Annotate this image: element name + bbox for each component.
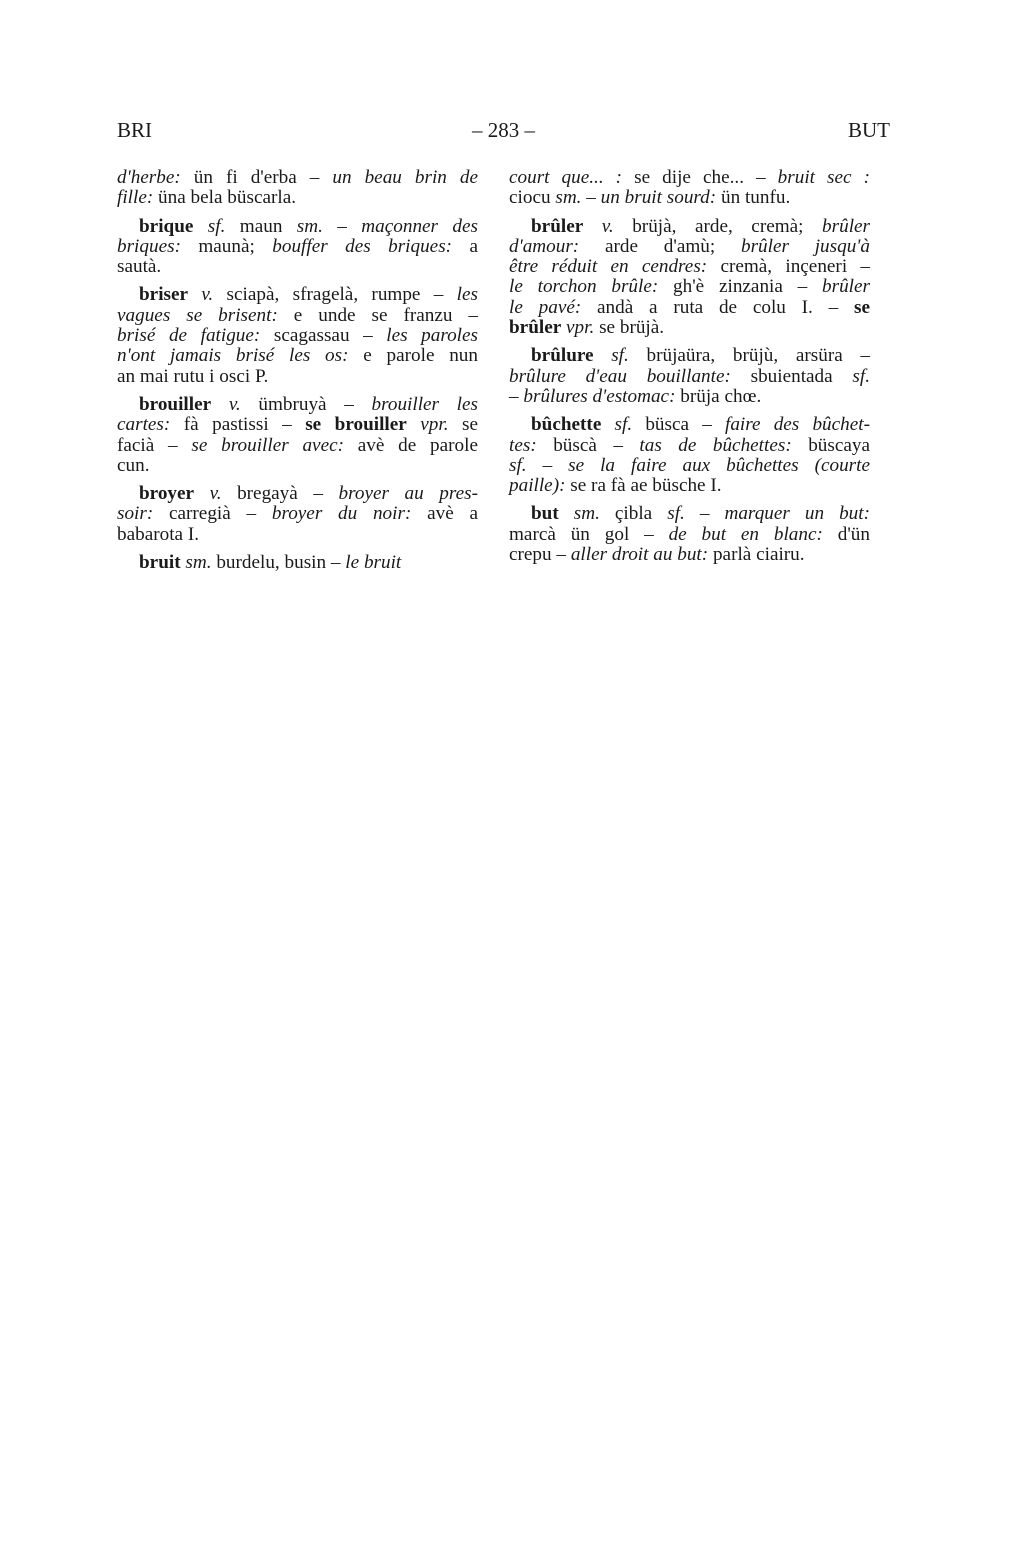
headword: brûler [509,317,561,338]
french-phrase: se brouiller avec: [191,435,344,456]
headword: se [854,297,870,318]
french-phrase: sf. [667,503,685,524]
translation-text: – [685,503,725,524]
french-phrase: un beau brin de [332,167,478,188]
french-phrase: bouffer des briques: [272,236,452,257]
french-phrase: sf. [509,455,527,476]
french-phrase: bruit sec : [778,167,870,188]
entry-briser: briser v. sciapà, sfragelà, rumpe – lesv… [117,285,478,386]
entry-line: brique sf. maun sm. – maçonner des [117,217,478,237]
entry-continuation: court que... : se dije che... – bruit se… [509,168,870,209]
french-phrase: briques: [117,236,181,257]
french-phrase: de but en blanc: [669,524,823,545]
entry-line: d'herbe: ün fi d'erba – un beau brin de [117,168,478,188]
french-phrase: brûler [822,216,870,237]
translation-text: marcà ün gol – [509,524,669,545]
right-guide-word: BUT [848,118,890,143]
entry-line: bruit sm. burdelu, busin – le bruit [117,553,478,573]
french-phrase: sf. [611,345,629,366]
headword: broyer [139,483,194,504]
french-phrase: les paroles [386,325,478,346]
entry-line: le torchon brûle: gh'è zinzania – brûler [509,277,870,297]
translation-text: avè de parole [344,435,478,456]
translation-text: fà pastissi – [170,414,305,435]
french-phrase: brûler [822,276,870,297]
translation-text: parlà ciairu. [708,544,804,565]
entry-line: broyer v. bregayà – broyer au pres- [117,484,478,504]
french-phrase: brisé de fatigue: [117,325,260,346]
translation-text [193,216,207,237]
entry-line: être réduit en cendres: cremà, inçeneri … [509,257,870,277]
french-phrase: être réduit en cendres: [509,256,707,277]
entry-line: brûlure sf. brüjaüra, brüjù, arsüra – [509,346,870,366]
translation-text [583,216,602,237]
headword: bûchette [531,414,601,435]
entry-line: brûlure d'eau bouillante: sbuientada sf. [509,367,870,387]
translation-text [594,345,612,366]
entry-line: briser v. sciapà, sfragelà, rumpe – les [117,285,478,305]
french-phrase: court que... : [509,167,622,188]
french-phrase: sm. [555,187,581,208]
translation-text: burdelu, busin – [212,552,346,573]
entry-broyer: broyer v. bregayà – broyer au pres-soir:… [117,484,478,545]
translation-text: üna bela büscarla. [153,187,296,208]
french-phrase: les [457,284,478,305]
entry-brler: brûler v. brüjà, arde, cremà; brûlerd'am… [509,217,870,339]
headword: but [531,503,559,524]
french-phrase: sf. [852,366,870,387]
entry-line: brouiller v. ümbruyà – brouiller les [117,395,478,415]
translation-text: büscaya [792,435,870,456]
french-phrase: brûlure d'eau bouillante: [509,366,731,387]
translation-text: an mai rutu i osci P. [117,366,268,387]
headword: briser [139,284,188,305]
french-phrase: le torchon brûle: [509,276,658,297]
translation-text: e unde se franzu – [278,305,478,326]
translation-text: cun. [117,455,150,476]
french-phrase: aller droit au but: [571,544,708,565]
entry-line: but sm. çibla sf. – marquer un but: [509,504,870,524]
entry-bruit: bruit sm. burdelu, busin – le bruit [117,553,478,573]
french-phrase: vpr. [566,317,594,338]
translation-text [601,414,614,435]
entry-line: soir: carregià – broyer du noir: avè a [117,504,478,524]
french-phrase: marquer un but: [724,503,870,524]
translation-text [211,394,229,415]
french-phrase: vpr. [420,414,448,435]
page-number: – 283 – [117,118,890,143]
entry-but: but sm. çibla sf. – marquer un but:marcà… [509,504,870,565]
translation-text: maunà; [181,236,272,257]
french-phrase: tes: [509,435,537,456]
french-phrase: v. [210,483,222,504]
entry-line: crepu – aller droit au but: parlà ciairu… [509,545,870,565]
french-phrase: v. [229,394,241,415]
right-column: court que... : se dije che... – bruit se… [509,168,870,573]
translation-text: büsca – [632,414,725,435]
entry-line: sf. – se la faire aux bûchettes (courte [509,456,870,476]
entry-line: court que... : se dije che... – bruit se… [509,168,870,188]
translation-text: facià – [117,435,191,456]
french-phrase: d'amour: [509,236,579,257]
entry-line: marcà ün gol – de but en blanc: d'ün [509,525,870,545]
french-phrase: brouiller les [372,394,479,415]
french-phrase: le pavé: [509,297,581,318]
french-phrase: tas de bûchettes: [639,435,791,456]
translation-text: brüjaüra, brüjù, arsüra – [629,345,870,366]
french-phrase: v. [201,284,213,305]
entry-line: briques: maunà; bouffer des briques: a [117,237,478,257]
translation-text: – [509,386,523,407]
french-phrase: broyer du noir: [272,503,412,524]
french-phrase: vagues se brisent: [117,305,278,326]
french-phrase: sm. [297,216,323,237]
translation-text: – [581,187,600,208]
french-phrase: sf. [208,216,226,237]
french-phrase: cartes: [117,414,170,435]
entry-line: brûler vpr. se brüjà. [509,318,870,338]
translation-text: d'ün [823,524,870,545]
headword: brique [139,216,193,237]
french-phrase: brûler jusqu'à [741,236,870,257]
translation-text: sautà. [117,256,161,277]
translation-text: cremà, inçeneri – [707,256,870,277]
translation-text: se dije che... – [622,167,778,188]
entry-line: brisé de fatigue: scagassau – les parole… [117,326,478,346]
french-phrase: sm. [574,503,600,524]
entry-line: facià – se brouiller avec: avè de parole [117,436,478,456]
translation-text: andà a ruta de colu I. – [581,297,854,318]
french-phrase: n'ont jamais brisé les os: [117,345,349,366]
translation-text: arde d'amù; [579,236,741,257]
headword: brûler [531,216,583,237]
translation-text [407,414,420,435]
headword: brûlure [531,345,594,366]
french-phrase: soir: [117,503,153,524]
entry-line: – brûlures d'estomac: brüja chœ. [509,387,870,407]
french-phrase: un bruit sourd: [601,187,717,208]
entry-line: n'ont jamais brisé les os: e parole nun [117,346,478,366]
entry-line: ciocu sm. – un bruit sourd: ün tunfu. [509,188,870,208]
translation-text [559,503,574,524]
translation-text: ümbruyà – [241,394,372,415]
translation-text: carregià – [153,503,272,524]
entry-continuation: d'herbe: ün fi d'erba – un beau brin def… [117,168,478,209]
translation-text: maun [225,216,296,237]
entry-line: cun. [117,456,478,476]
translation-text: – [323,216,361,237]
french-phrase: le bruit [345,552,401,573]
translation-text: se ra fà ae büsche I. [565,475,721,496]
translation-text: sbuientada [731,366,853,387]
headword: bruit [139,552,181,573]
translation-text: se [449,414,478,435]
translation-text: crepu – [509,544,571,565]
entry-line: le pavé: andà a ruta de colu I. – se [509,298,870,318]
translation-text: babarota I. [117,524,199,545]
french-phrase: sf. [615,414,633,435]
entry-line: tes: büscà – tas de bûchettes: büscaya [509,436,870,456]
entry-line: d'amour: arde d'amù; brûler jusqu'à [509,237,870,257]
french-phrase: brûlures d'estomac: [523,386,675,407]
translation-text: scagassau – [260,325,386,346]
translation-text: ciocu [509,187,555,208]
french-phrase: v. [602,216,614,237]
translation-text: ün fi d'erba – [181,167,333,188]
left-column: d'herbe: ün fi d'erba – un beau brin def… [117,168,478,581]
translation-text: brüja chœ. [675,386,761,407]
entry-line: paille): se ra fà ae büsche I. [509,476,870,496]
entry-line: sautà. [117,257,478,277]
french-phrase: faire des bûchet- [725,414,870,435]
page-header: BRI – 283 – BUT [117,118,890,146]
translation-text: – [527,455,569,476]
translation-text: çibla [600,503,667,524]
headword: se brouiller [305,414,407,435]
french-phrase: paille): [509,475,565,496]
translation-text: gh'è zinzania – [658,276,822,297]
entry-line: cartes: fà pastissi – se brouiller vpr. … [117,415,478,435]
entry-line: an mai rutu i osci P. [117,367,478,387]
french-phrase: fille: [117,187,153,208]
entry-brique: brique sf. maun sm. – maçonner desbrique… [117,217,478,278]
translation-text: bregayà – [222,483,339,504]
translation-text: ün tunfu. [716,187,790,208]
entry-bchette: bûchette sf. büsca – faire des bûchet-te… [509,415,870,496]
french-phrase: se la faire aux bûchettes (courte [568,455,870,476]
french-phrase: maçonner des [361,216,478,237]
translation-text: sciapà, sfragelà, rumpe – [213,284,456,305]
french-phrase: d'herbe: [117,167,181,188]
entry-line: brûler v. brüjà, arde, cremà; brûler [509,217,870,237]
entry-line: fille: üna bela büscarla. [117,188,478,208]
translation-text: büscà – [537,435,640,456]
entry-line: bûchette sf. büsca – faire des bûchet- [509,415,870,435]
translation-text: a [452,236,478,257]
entry-brlure: brûlure sf. brüjaüra, brüjù, arsüra –brû… [509,346,870,407]
headword: brouiller [139,394,211,415]
translation-text [188,284,201,305]
translation-text [194,483,210,504]
translation-text: brüjà, arde, cremà; [614,216,822,237]
dictionary-page: BRI – 283 – BUT d'herbe: ün fi d'erba – … [0,0,1024,1568]
entry-line: babarota I. [117,525,478,545]
translation-text: e parole nun [349,345,478,366]
french-phrase: sm. [185,552,211,573]
translation-text: avè a [411,503,478,524]
entry-line: vagues se brisent: e unde se franzu – [117,306,478,326]
translation-text: se brüjà. [594,317,664,338]
entry-brouiller: brouiller v. ümbruyà – brouiller lescart… [117,395,478,476]
french-phrase: broyer au pres- [339,483,478,504]
